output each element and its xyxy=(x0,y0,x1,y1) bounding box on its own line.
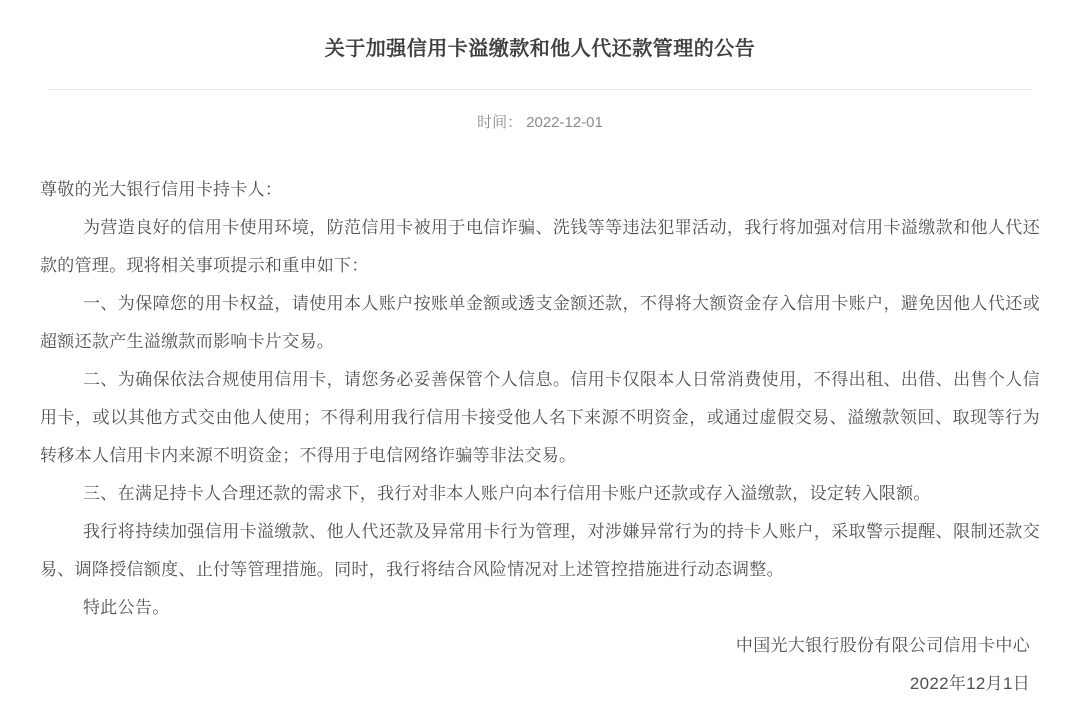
paragraph-item-2: 二、为确保依法合规使用信用卡，请您务必妥善保管个人信息。信用卡仅限本人日常消费使… xyxy=(40,361,1040,475)
paragraph-item-3: 三、在满足持卡人合理还款的需求下，我行对非本人账户向本行信用卡账户还款或存入溢缴… xyxy=(40,475,1040,513)
signature-date: 2022年12月1日 xyxy=(40,665,1040,703)
publish-date: 时间：2022-12-01 xyxy=(0,112,1080,133)
announcement-page: 关于加强信用卡溢缴款和他人代还款管理的公告 时间：2022-12-01 尊敬的光… xyxy=(0,0,1080,722)
salutation: 尊敬的光大银行信用卡持卡人： xyxy=(40,171,1040,209)
signature-company: 中国光大银行股份有限公司信用卡中心 xyxy=(40,627,1040,665)
announcement-body: 尊敬的光大银行信用卡持卡人： 为营造良好的信用卡使用环境，防范信用卡被用于电信诈… xyxy=(40,171,1040,703)
paragraph-intro: 为营造良好的信用卡使用环境，防范信用卡被用于电信诈骗、洗钱等等违法犯罪活动，我行… xyxy=(40,209,1040,285)
paragraph-item-1: 一、为保障您的用卡权益，请使用本人账户按账单金额或透支金额还款，不得将大额资金存… xyxy=(40,285,1040,361)
closing-note: 特此公告。 xyxy=(40,589,1040,627)
publish-date-value: 2022-12-01 xyxy=(526,114,603,131)
page-title: 关于加强信用卡溢缴款和他人代还款管理的公告 xyxy=(0,0,1080,63)
paragraph-measures: 我行将持续加强信用卡溢缴款、他人代还款及异常用卡行为管理，对涉嫌异常行为的持卡人… xyxy=(40,513,1040,589)
title-divider xyxy=(48,89,1032,90)
publish-date-label: 时间： xyxy=(477,114,522,131)
